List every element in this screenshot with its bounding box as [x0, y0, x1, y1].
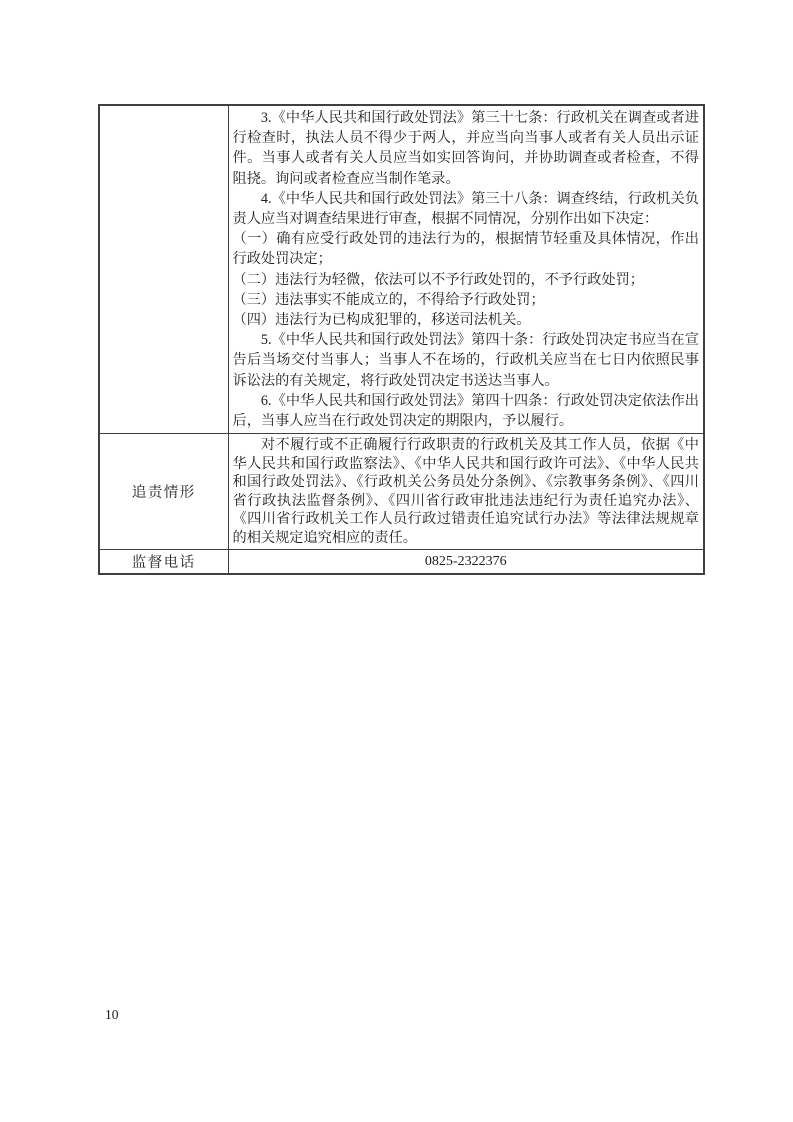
legal-paragraph-article-44: 6.《中华人民共和国行政处罚法》第四十四条：行政处罚决定依法作出后，当事人应当在…	[233, 391, 700, 431]
legal-clause-4: （四）违法行为已构成犯罪的，移送司法机关。	[233, 310, 700, 330]
table-row-supervision-phone: 监督电话 0825-2322376	[99, 550, 704, 575]
legal-clause-3: （三）违法事实不能成立的，不得给予行政处罚；	[233, 290, 700, 310]
legal-clause-2: （二）违法行为轻微，依法可以不予行政处罚的，不予行政处罚；	[233, 270, 700, 290]
legal-basis-label-cell	[99, 105, 228, 434]
page-number: 10	[105, 1007, 119, 1023]
supervision-phone-label-cell: 监督电话	[99, 550, 228, 575]
accountability-label-cell: 追责情形	[99, 434, 228, 550]
legal-basis-content-cell: 3.《中华人民共和国行政处罚法》第三十七条：行政机关在调查或者进行检查时，执法人…	[228, 105, 704, 434]
regulation-table: 3.《中华人民共和国行政处罚法》第三十七条：行政机关在调查或者进行检查时，执法人…	[98, 104, 705, 575]
accountability-content-cell: 对不履行或不正确履行行政职责的行政机关及其工作人员，依据《中华人民共和国行政监察…	[228, 434, 704, 550]
legal-paragraph-article-38: 4.《中华人民共和国行政处罚法》第三十八条：调查终结，行政机关负责人应当对调查结…	[233, 189, 700, 229]
table-row-legal-basis: 3.《中华人民共和国行政处罚法》第三十七条：行政机关在调查或者进行检查时，执法人…	[99, 105, 704, 434]
legal-paragraph-article-40: 5.《中华人民共和国行政处罚法》第四十条：行政处罚决定书应当在宣告后当场交付当事…	[233, 330, 700, 391]
table-row-accountability: 追责情形 对不履行或不正确履行行政职责的行政机关及其工作人员，依据《中华人民共和…	[99, 434, 704, 550]
accountability-paragraph: 对不履行或不正确履行行政职责的行政机关及其工作人员，依据《中华人民共和国行政监察…	[233, 436, 700, 547]
legal-clause-1: （一）确有应受行政处罚的违法行为的，根据情节轻重及具体情况，作出行政处罚决定；	[233, 229, 700, 269]
legal-paragraph-article-37: 3.《中华人民共和国行政处罚法》第三十七条：行政机关在调查或者进行检查时，执法人…	[233, 108, 700, 189]
document-page: 3.《中华人民共和国行政处罚法》第三十七条：行政机关在调查或者进行检查时，执法人…	[0, 0, 793, 1122]
supervision-phone-value: 0825-2322376	[228, 550, 704, 575]
